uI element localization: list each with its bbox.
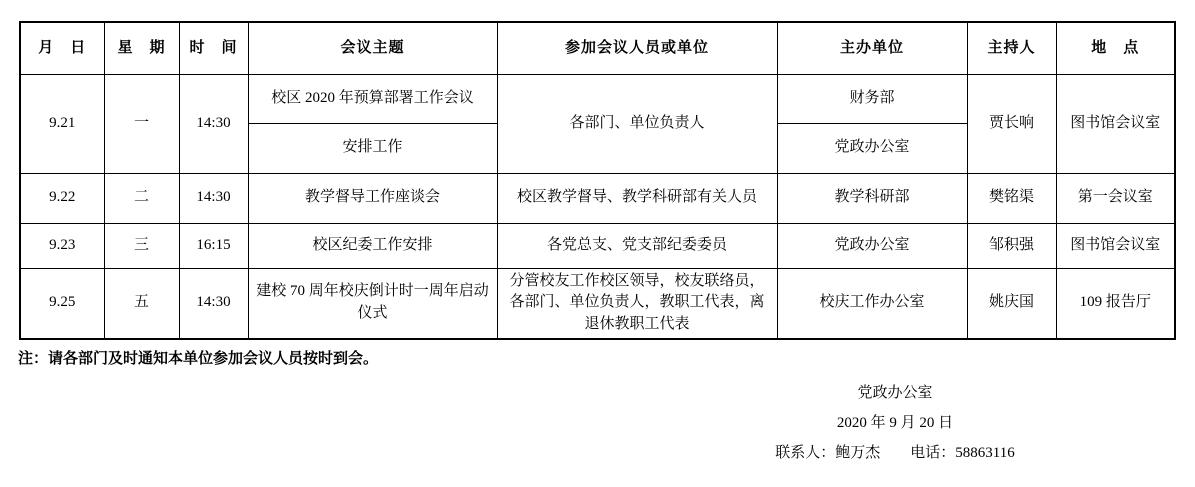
cell-time: 14:30 <box>179 74 248 173</box>
signature-contact: 联系人：鲍万杰电话：58863116 <box>700 438 1090 468</box>
cell-date: 9.23 <box>20 223 104 268</box>
cell-weekday: 一 <box>104 74 179 173</box>
cell-time: 14:30 <box>179 268 248 339</box>
table-row: 9.23 三 16:15 校区纪委工作安排 各党总支、党支部纪委委员 党政办公室… <box>20 223 1175 268</box>
signature-block: 党政办公室 2020 年 9 月 20 日 联系人：鲍万杰电话：58863116 <box>700 378 1090 468</box>
header-participants: 参加会议人员或单位 <box>497 22 777 74</box>
cell-organizer: 教学科研部 <box>777 173 967 223</box>
contact-person: 联系人：鲍万杰 <box>775 445 880 461</box>
meeting-schedule-table: 月 日 星 期 时 间 会议主题 参加会议人员或单位 主办单位 主持人 地 点 … <box>19 21 1176 340</box>
cell-organizer: 校庆工作办公室 <box>777 268 967 339</box>
cell-time: 14:30 <box>179 173 248 223</box>
cell-location: 第一会议室 <box>1056 173 1175 223</box>
meeting-notice-page: 月 日 星 期 时 间 会议主题 参加会议人员或单位 主办单位 主持人 地 点 … <box>0 0 1195 487</box>
header-time: 时 间 <box>179 22 248 74</box>
cell-location: 图书馆会议室 <box>1056 223 1175 268</box>
cell-weekday: 五 <box>104 268 179 339</box>
table-row: 9.21 一 14:30 校区 2020 年预算部署工作会议 各部门、单位负责人… <box>20 74 1175 123</box>
cell-organizer: 财务部 <box>777 74 967 123</box>
cell-topic: 安排工作 <box>248 123 497 173</box>
cell-topic: 校区 2020 年预算部署工作会议 <box>248 74 497 123</box>
header-location: 地 点 <box>1056 22 1175 74</box>
cell-host: 姚庆国 <box>967 268 1056 339</box>
cell-date: 9.25 <box>20 268 104 339</box>
cell-date: 9.22 <box>20 173 104 223</box>
cell-time: 16:15 <box>179 223 248 268</box>
cell-topic: 教学督导工作座谈会 <box>248 173 497 223</box>
header-host: 主持人 <box>967 22 1056 74</box>
signature-office: 党政办公室 <box>700 378 1090 408</box>
cell-location: 图书馆会议室 <box>1056 74 1175 173</box>
cell-host: 邹积强 <box>967 223 1056 268</box>
cell-date: 9.21 <box>20 74 104 173</box>
cell-topic: 校区纪委工作安排 <box>248 223 497 268</box>
header-organizer: 主办单位 <box>777 22 967 74</box>
header-topic: 会议主题 <box>248 22 497 74</box>
cell-weekday: 三 <box>104 223 179 268</box>
table-row: 9.25 五 14:30 建校 70 周年校庆倒计时一周年启动仪式 分管校友工作… <box>20 268 1175 339</box>
footer-note: 注：请各部门及时通知本单位参加会议人员按时到会。 <box>18 347 378 368</box>
cell-participants: 各部门、单位负责人 <box>497 74 777 173</box>
cell-organizer: 党政办公室 <box>777 123 967 173</box>
cell-location: 109 报告厅 <box>1056 268 1175 339</box>
cell-organizer: 党政办公室 <box>777 223 967 268</box>
cell-participants: 分管校友工作校区领导，校友联络员，各部门、单位负责人，教职工代表，离退休教职工代… <box>497 268 777 339</box>
cell-weekday: 二 <box>104 173 179 223</box>
header-month-day: 月 日 <box>20 22 104 74</box>
contact-phone: 电话：58863116 <box>910 445 1014 461</box>
header-weekday: 星 期 <box>104 22 179 74</box>
cell-participants: 校区教学督导、教学科研部有关人员 <box>497 173 777 223</box>
cell-participants: 各党总支、党支部纪委委员 <box>497 223 777 268</box>
cell-topic: 建校 70 周年校庆倒计时一周年启动仪式 <box>248 268 497 339</box>
table-row: 9.22 二 14:30 教学督导工作座谈会 校区教学督导、教学科研部有关人员 … <box>20 173 1175 223</box>
cell-host: 贾长响 <box>967 74 1056 173</box>
signature-date: 2020 年 9 月 20 日 <box>700 408 1090 438</box>
table-header-row: 月 日 星 期 时 间 会议主题 参加会议人员或单位 主办单位 主持人 地 点 <box>20 22 1175 74</box>
cell-host: 樊铭渠 <box>967 173 1056 223</box>
